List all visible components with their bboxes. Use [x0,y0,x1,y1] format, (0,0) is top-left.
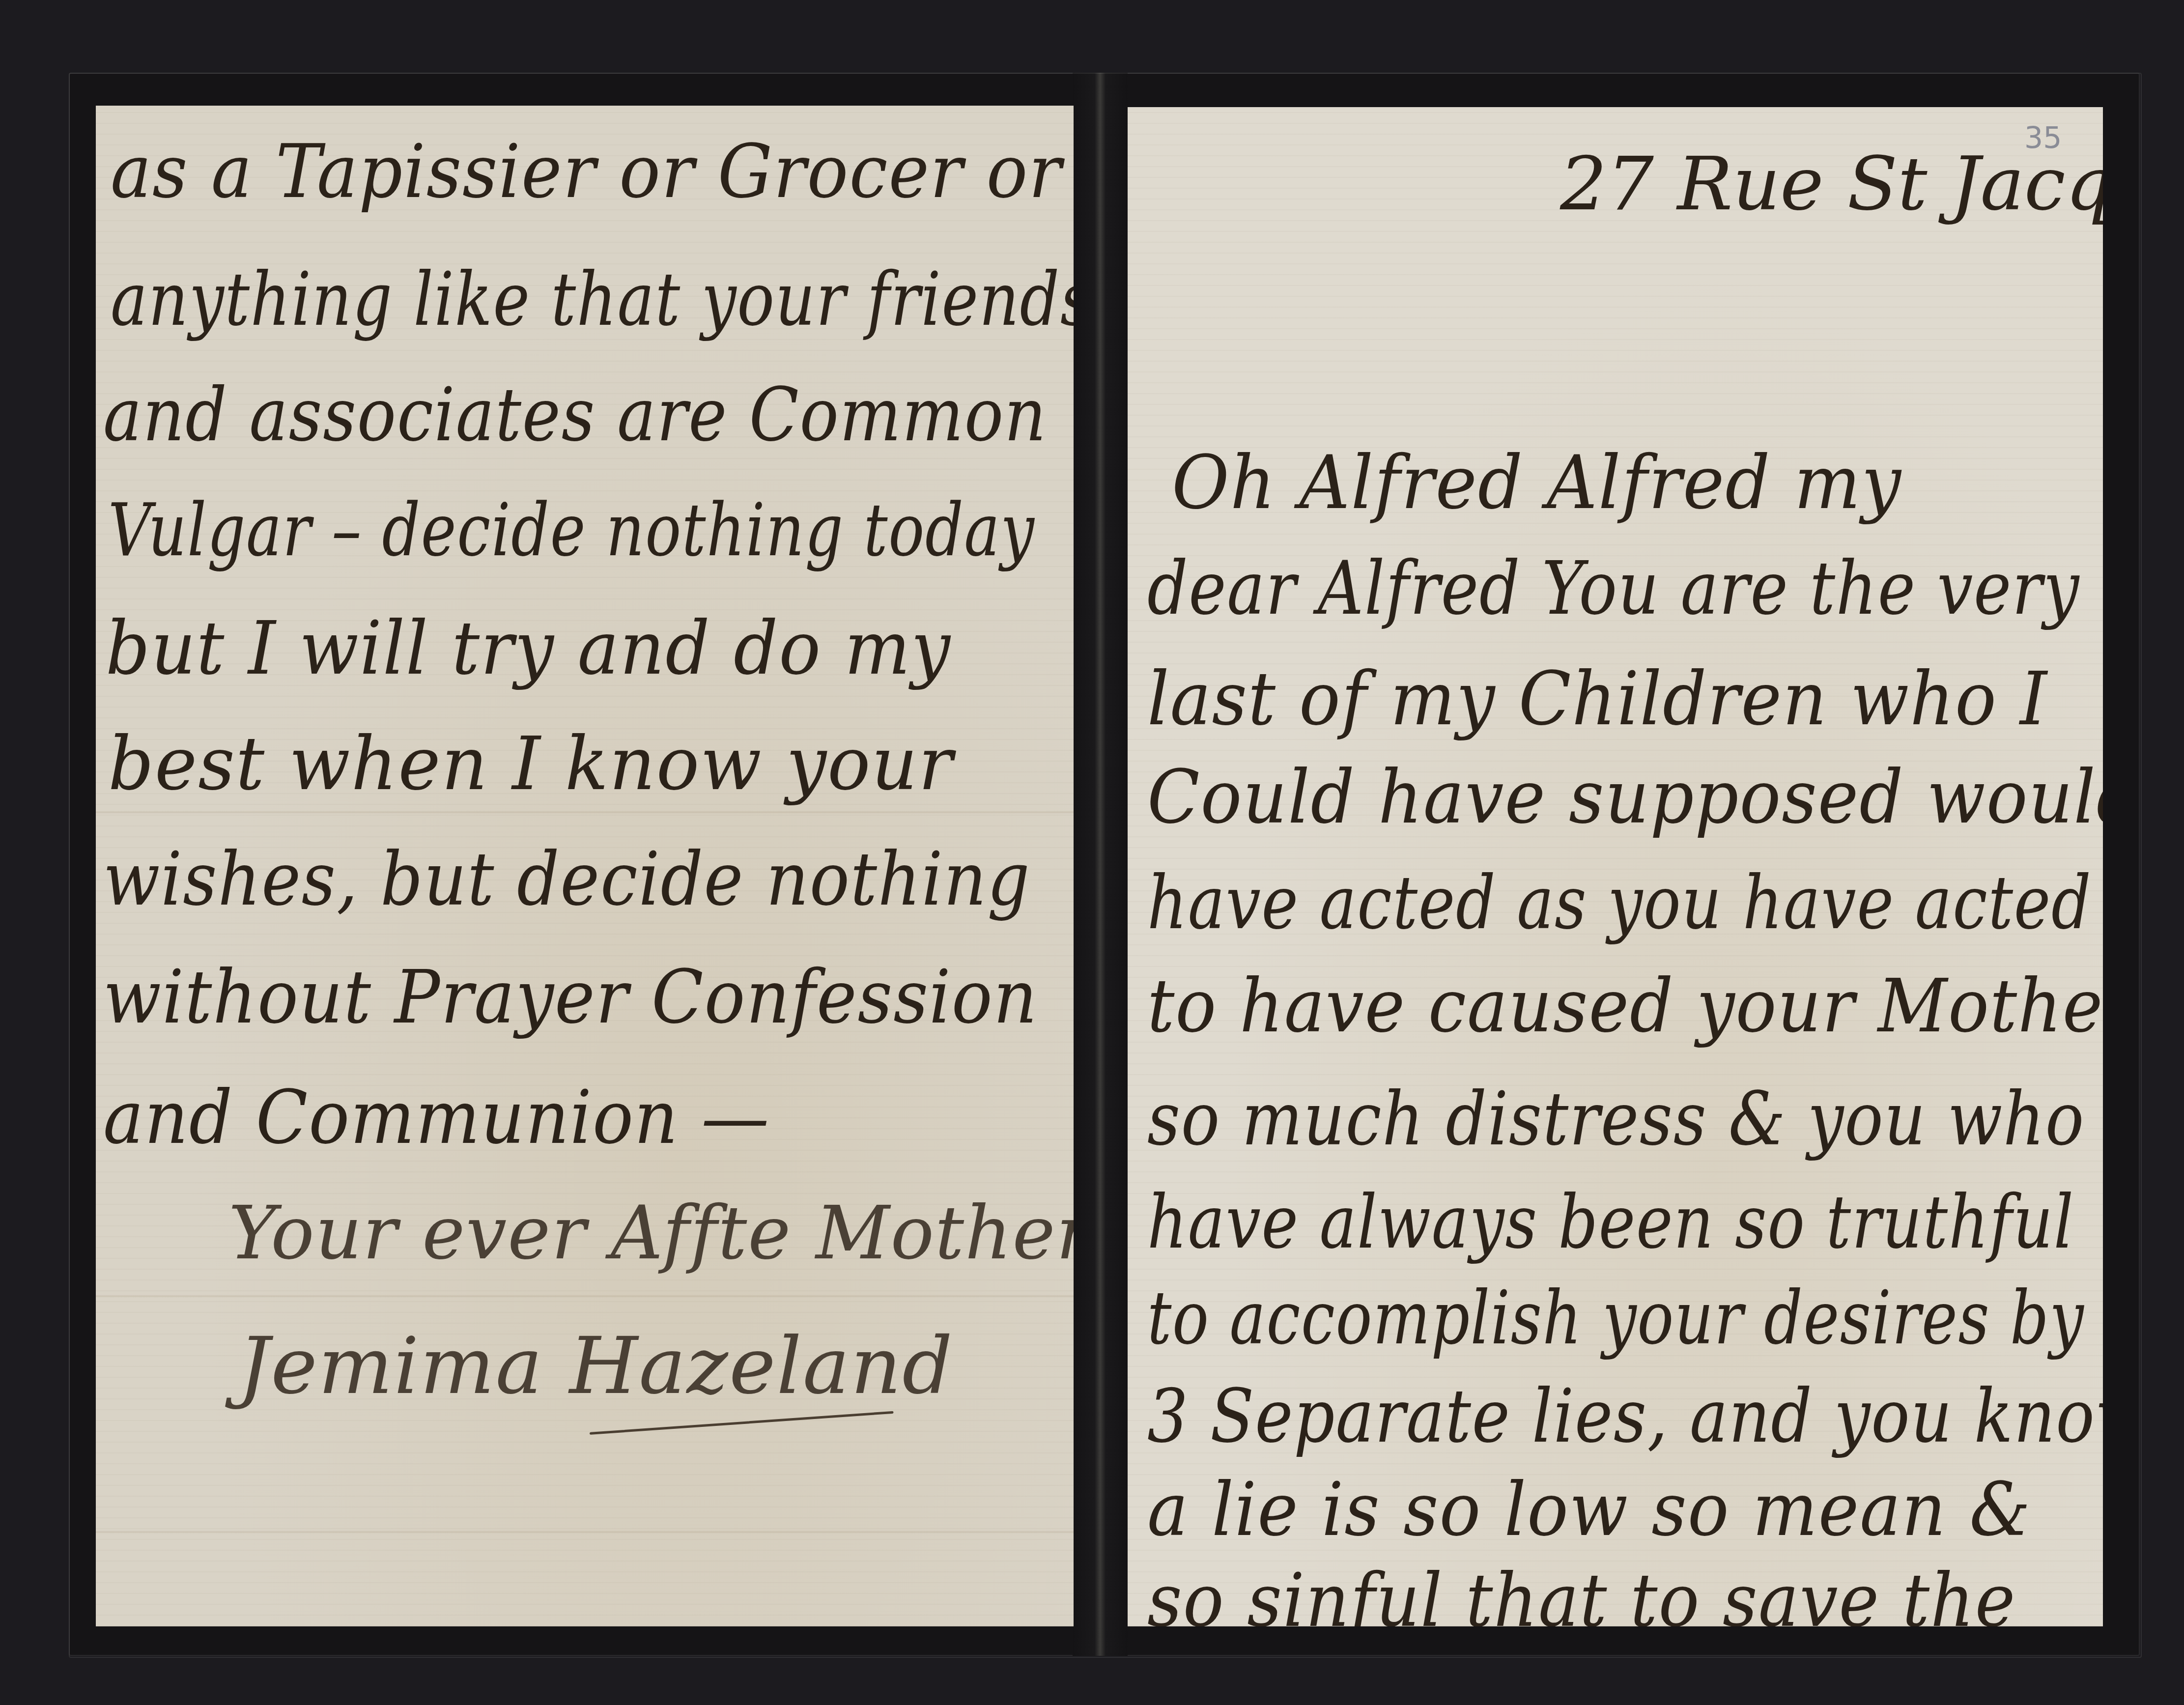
handwritten-line: so much distress & you who [1147,1082,2085,1156]
handwritten-line: to accomplish your desires by [1147,1281,2084,1355]
handwritten-line: 3 Separate lies, and you know [1147,1380,2103,1453]
signature-underline [590,1411,894,1435]
handwritten-line: have always been so truthful [1147,1186,2074,1259]
handwritten-line: Vulgar – decide nothing today [108,494,1035,567]
handwritten-line: without Prayer Confession [103,961,1038,1034]
handwritten-line: Oh Alfred Alfred my [1172,446,1902,520]
handwritten-line: wishes, but decide nothing [103,843,1031,916]
signature: Jemima Hazeland [238,1327,954,1405]
handwritten-line: have acted as you have acted [1147,866,2092,940]
right-page: 35 27 Rue St Jacques Oh Alfred Alfred my… [1128,107,2103,1626]
handwritten-line: but I will try and do my [106,612,951,685]
letter-closing: Your ever Affte Mother [228,1196,1074,1270]
left-page: as a Tapissier or Grocer or anything lik… [96,106,1074,1626]
handwritten-line: anything like that your friends [111,263,1074,337]
handwritten-line: and Communion — [103,1081,770,1155]
handwritten-line: best when I know your [108,727,954,801]
handwritten-line: a lie is so low so mean & [1147,1473,2031,1547]
paper-fold-crease [96,1531,1074,1534]
paper-fold-crease [96,811,1074,814]
handwritten-line: and associates are Common [103,378,1047,452]
handwritten-line: so sinful that to save the [1147,1564,2016,1626]
handwritten-line: to have caused your Mother [1147,969,2103,1043]
center-fold-gutter [1073,73,1128,1656]
handwritten-line: Could have supposed would [1147,761,2103,834]
handwritten-line: as a Tapissier or Grocer or [111,135,1062,209]
handwritten-line: dear Alfred You are the very [1147,552,2080,625]
sender-address: 27 Rue St Jacques [1560,142,2103,227]
handwritten-line: last of my Children who I [1147,662,2048,736]
paper-fold-crease [96,1295,1074,1298]
